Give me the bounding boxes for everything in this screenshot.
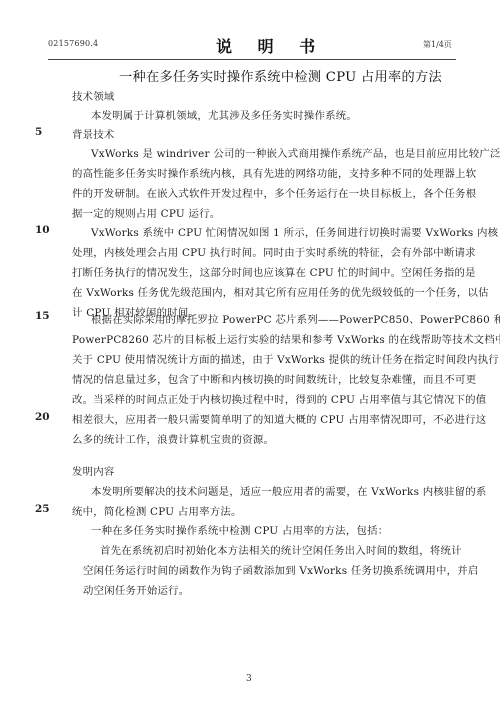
paragraph-line: 根据在实际采用的摩托罗拉 PowerPC 芯片系列——PowerPC850、Po… — [91, 311, 500, 326]
paragraph-line: 么多的统计工作，浪费计算机宝贵的资源。 — [72, 431, 274, 446]
page-indicator: 第1/4页 — [423, 39, 452, 50]
paragraph-line: 改。当采样的时间点正处于内核切换过程中时，得到的 CPU 占用率值与其它情况下的… — [72, 391, 486, 406]
section-heading-summary: 发明内容 — [72, 463, 115, 478]
section-heading-tech-field: 技术领域 — [72, 88, 115, 103]
paragraph-line: 情况的信息量过多，包含了中断和内核切换的时间数统计，比较复杂难懂，而且不可更 — [72, 371, 476, 386]
paragraph-line: 据一定的规则占用 CPU 运行。 — [72, 205, 220, 220]
document-type-heading: 说 明 书 — [216, 34, 325, 57]
paragraph-line: 关于 CPU 使用情况统计方面的描述，由于 VxWorks 提供的统计任务在指定… — [72, 351, 499, 366]
line-number: 10 — [35, 224, 50, 236]
paragraph-line: 本发明属于计算机领域，尤其涉及多任务实时操作系统。 — [91, 107, 357, 122]
paragraph-line: 本发明所要解决的技术问题是，适应一般应用者的需要，在 VxWorks 内核驻留的… — [91, 483, 487, 498]
paragraph-line: 的高性能多任务实时操作系统内核，具有先进的网络功能，支持多种不同的处理器上软 — [72, 165, 476, 180]
paragraph-line: VxWorks 系统中 CPU 忙闲情况如图 1 所示，任务间进行切换时需要 V… — [91, 224, 498, 239]
paragraph-line: 一种在多任务实时操作系统中检测 CPU 占用率的方法，包括： — [91, 522, 388, 537]
line-number: 5 — [35, 126, 42, 138]
paragraph-line: 件的开发研制。在嵌入式软件开发过程中，多个任务运行在一块目标板上，各个任务根 — [72, 185, 476, 200]
paragraph-line: PowerPC8260 芯片的目标板上运行实验的结果和参考 VxWorks 的在… — [72, 331, 500, 346]
line-number: 25 — [35, 503, 50, 515]
section-heading-background: 背景技术 — [72, 126, 115, 141]
paragraph-line: 打断任务执行的情况发生，这部分时间也应该算在 CPU 忙的时间中。空闲任务指的是 — [72, 264, 476, 279]
paragraph-line: 统中，简化检测 CPU 占用率方法。 — [72, 503, 242, 518]
document-title: 一种在多任务实时操作系统中检测 CPU 占用率的方法 — [119, 66, 442, 85]
application-number: 02157690.4 — [48, 39, 98, 48]
paragraph-line: 在 VxWorks 任务优先级范围内，相对其它所有应用任务的优先级较低的一个任务… — [72, 284, 489, 299]
paragraph-line: VxWorks 是 windriver 公司的一种嵌入式商用操作系统产品，也是目… — [91, 145, 500, 160]
header-rule — [48, 59, 456, 60]
paragraph-line: 处理，内核处理会占用 CPU 执行时间。同时由于实时系统的特征，会有外部中断请求 — [72, 244, 476, 259]
paragraph-line: 首先在系统初启时初始化本方法相关的统计空闲任务出入时间的数组，将统计 — [100, 542, 462, 557]
paragraph-line: 相差很大，应用者一般只需要简单明了的知道大概的 CPU 占用率情况即可，不必进行… — [72, 411, 486, 426]
paragraph-line: 动空闲任务开始运行。 — [83, 582, 189, 597]
paragraph-line: 空闲任务运行时间的函数作为钩子函数添加到 VxWorks 任务切换系统调用中，并… — [83, 562, 479, 577]
line-number: 15 — [35, 310, 50, 322]
page-number: 3 — [246, 674, 252, 684]
line-number: 20 — [35, 411, 50, 423]
